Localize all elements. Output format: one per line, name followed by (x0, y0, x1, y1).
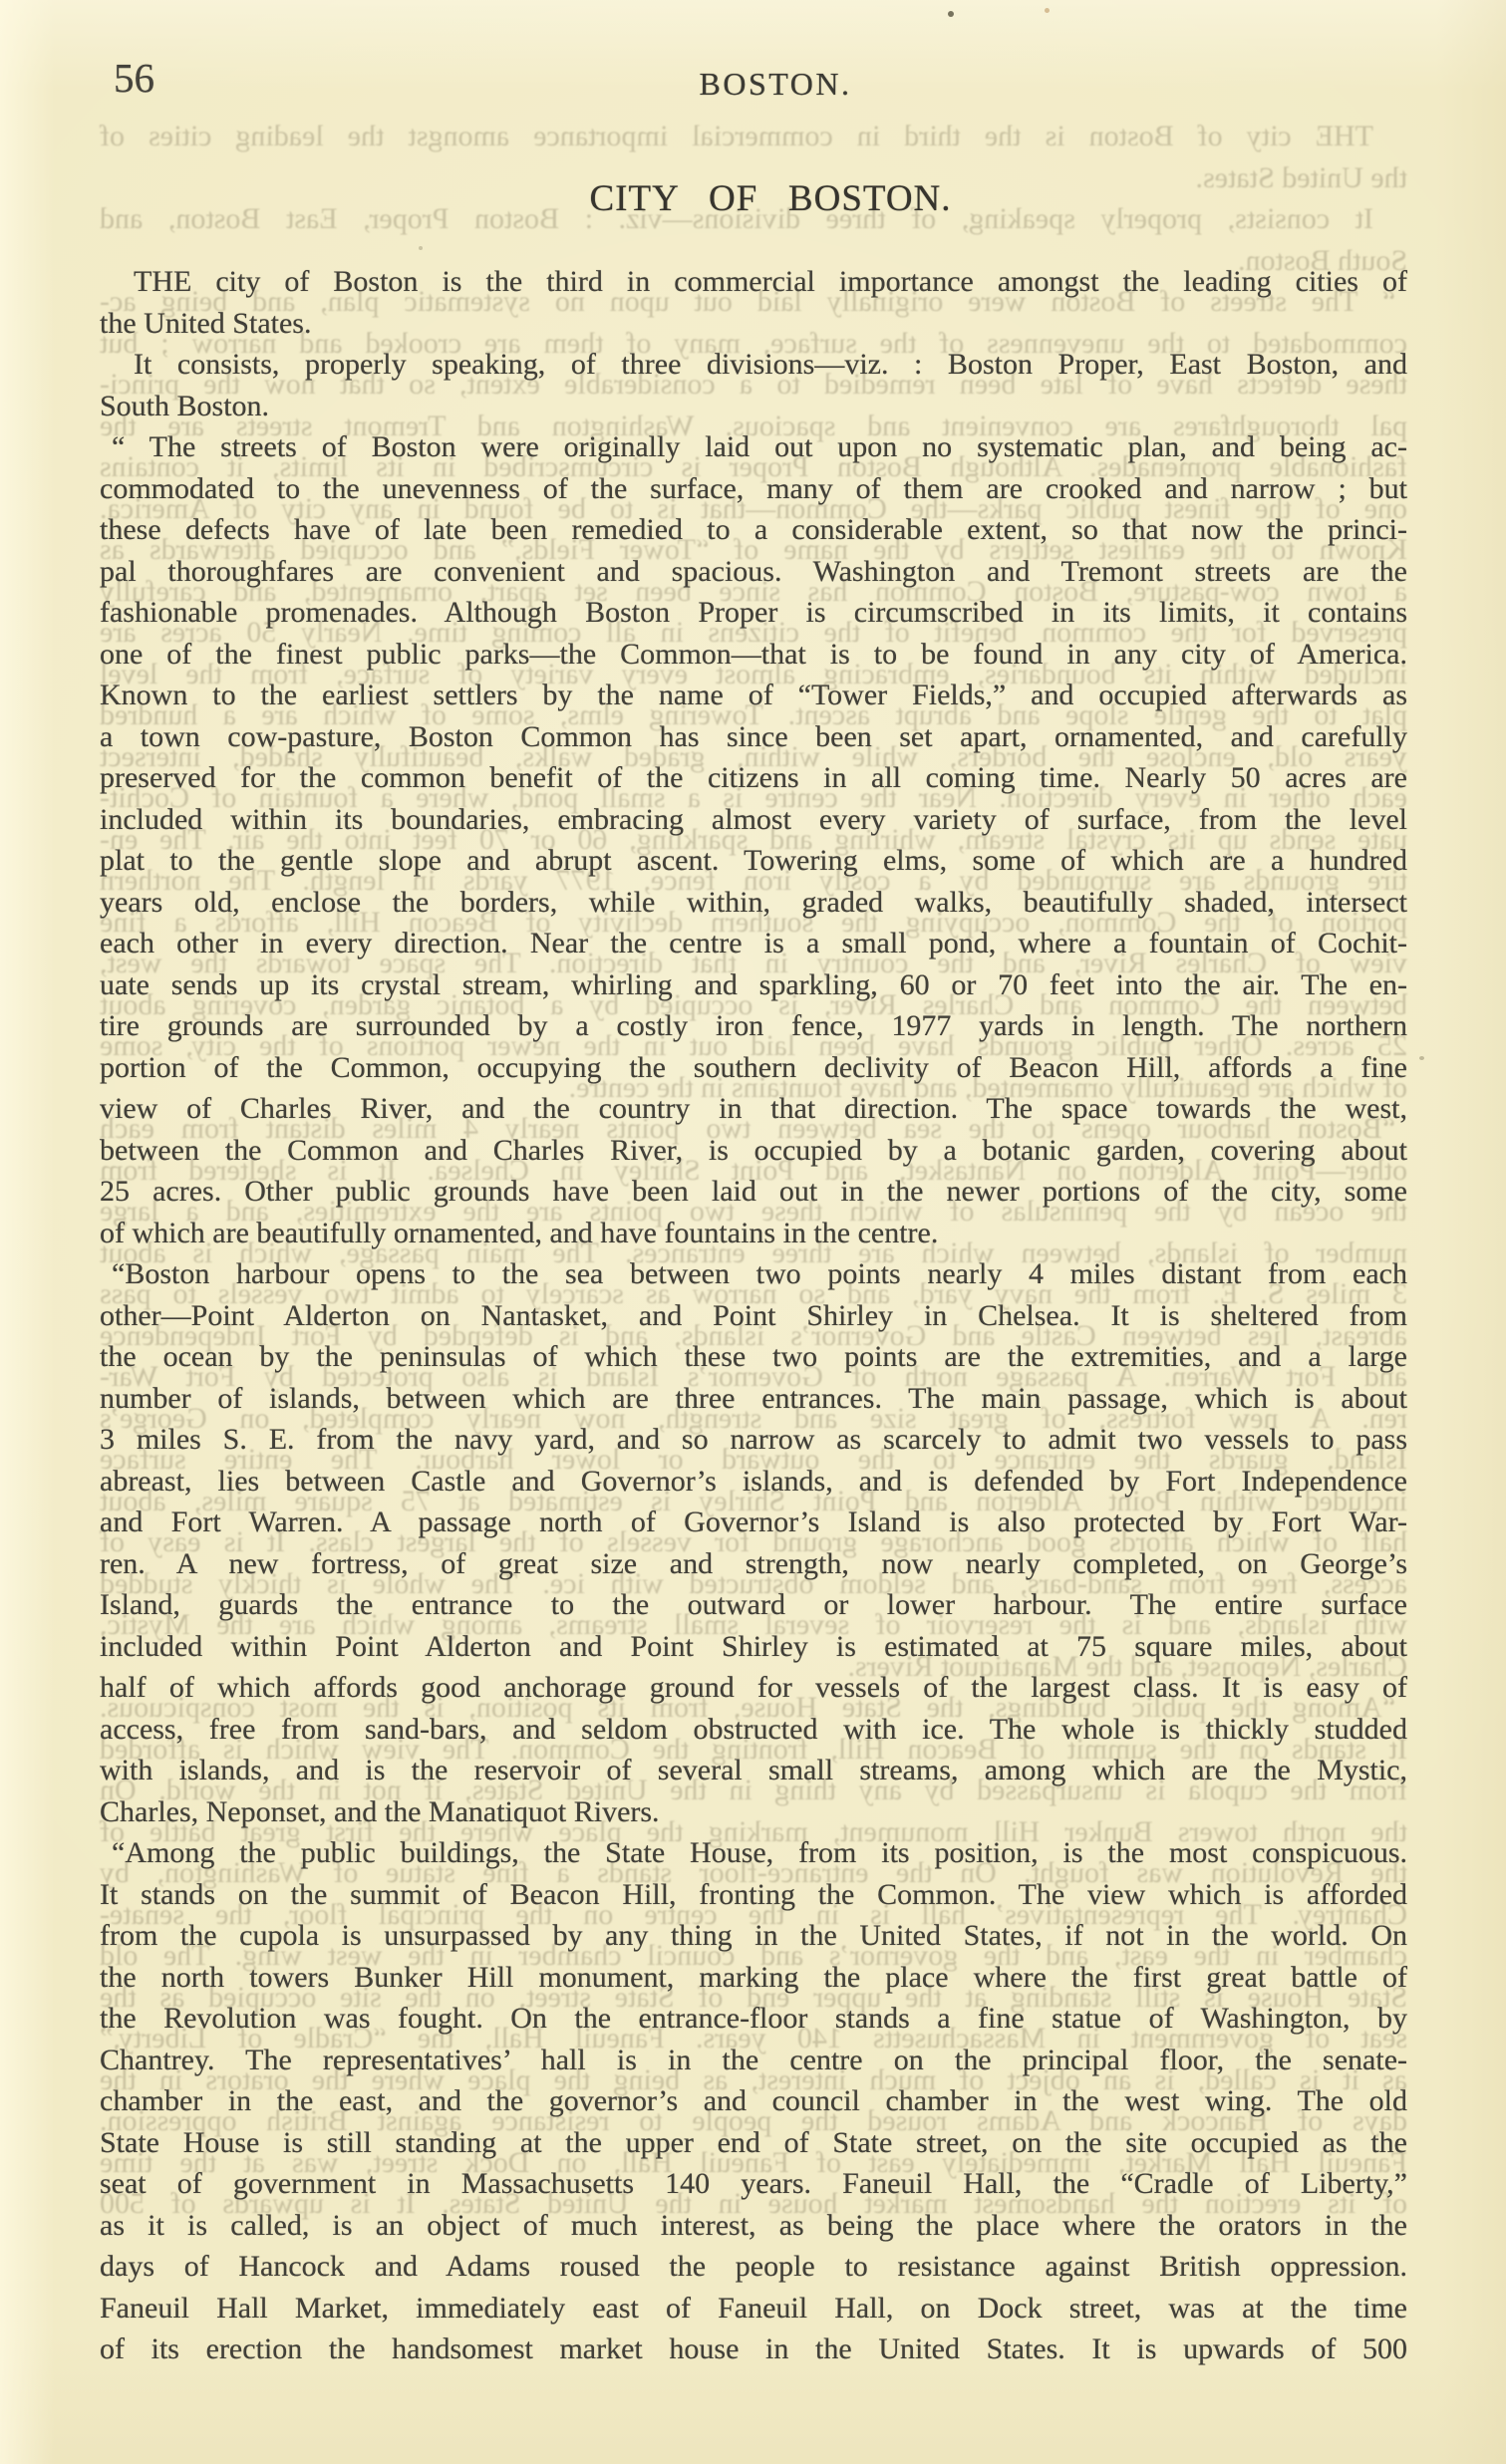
text-line: 25 acres. Other public grounds have been… (100, 1171, 1407, 1213)
body-text: THE city of Boston is the third in comme… (100, 261, 1407, 2370)
text-line: with islands, and is the reservoir of se… (100, 1750, 1407, 1791)
text-line: and Fort Warren. A passage north of Gove… (100, 1502, 1407, 1543)
text-line: the United States. (100, 303, 1407, 345)
text-line: Charles, Neponset, and the Manatiquot Ri… (100, 1791, 1407, 1833)
text-line: of its erection the handsomest market ho… (100, 2328, 1407, 2370)
text-line: 3 miles S. E. from the navy yard, and so… (100, 1419, 1407, 1461)
text-line: each other in every direction. Near the … (100, 923, 1407, 964)
text-line: “ The streets of Boston were originally … (100, 426, 1407, 468)
text-line: abreast, lies between Castle and Governo… (100, 1461, 1407, 1503)
scan-speck (948, 11, 954, 17)
text-line: Known to the earliest settlers by the na… (100, 675, 1407, 716)
text-line: Island, guards the entrance to the outwa… (100, 1584, 1407, 1626)
text-line: plat to the gentle slope and abrupt asce… (100, 840, 1407, 882)
text-line: these defects have of late been remedied… (100, 509, 1407, 551)
text-line: South Boston. (100, 386, 1407, 427)
text-line: included within its boundaries, embracin… (100, 799, 1407, 841)
text-line: from the cupola is unsurpassed by any th… (100, 1915, 1407, 1957)
text-line: It stands on the summit of Beacon Hill, … (100, 1874, 1407, 1916)
text-line: portion of the Common, occupying the sou… (100, 1047, 1407, 1089)
text-line: the Revolution was fought. On the entran… (100, 1998, 1407, 2040)
text-line: “Boston harbour opens to the sea between… (100, 1253, 1407, 1295)
book-page: THE city of Boston is the third in comme… (0, 0, 1506, 2464)
scan-speck (419, 246, 423, 250)
text-line: half of which affords good anchorage gro… (100, 1667, 1407, 1709)
text-line: number of islands, between which are thr… (100, 1378, 1407, 1420)
text-line: chamber in the east, and the governor’s … (100, 2080, 1407, 2122)
text-line: “Among the public buildings, the State H… (100, 1832, 1407, 1874)
text-line: Faneuil Hall Market, immediately east of… (100, 2288, 1407, 2329)
scan-speck (1045, 8, 1050, 13)
page-title: CITY OF BOSTON. (118, 177, 1423, 220)
text-line: a town cow-pasture, Boston Common has si… (100, 716, 1407, 758)
text-line: State House is still standing at the upp… (100, 2122, 1407, 2164)
text-line: fashionable promenades. Although Boston … (100, 592, 1407, 634)
text-line: the ocean by the peninsulas of which the… (100, 1336, 1407, 1378)
text-line: the north towers Bunker Hill monument, m… (100, 1957, 1407, 1999)
text-line: pal thoroughfares are convenient and spa… (100, 551, 1407, 593)
text-line: view of Charles River, and the country i… (100, 1088, 1407, 1130)
text-line: as it is called, is an object of much in… (100, 2205, 1407, 2247)
text-line: one of the finest public parks—the Commo… (100, 634, 1407, 676)
text-line: preserved for the common benefit of the … (100, 757, 1407, 799)
running-header: BOSTON. (123, 66, 1428, 103)
text-line: ren. A new fortress, of great size and s… (100, 1543, 1407, 1585)
bleed-through-line: THE city of Boston is the third in comme… (100, 116, 1407, 157)
text-line: seat of government in Massachusetts 140 … (100, 2163, 1407, 2205)
text-line: Chantrey. The representatives’ hall is i… (100, 2040, 1407, 2081)
text-line: between the Common and Charles River, is… (100, 1130, 1407, 1172)
text-line: uate sends up its crystal stream, whirli… (100, 964, 1407, 1006)
scan-speck (1419, 1056, 1424, 1060)
text-line: days of Hancock and Adams roused the peo… (100, 2246, 1407, 2288)
text-line: access, free from sand-bars, and seldom … (100, 1709, 1407, 1751)
text-line: It consists, properly speaking, of three… (100, 344, 1407, 386)
text-line: included within Point Alderton and Point… (100, 1626, 1407, 1668)
text-line: THE city of Boston is the third in comme… (100, 261, 1407, 303)
text-line: other—Point Alderton on Nantasket, and P… (100, 1295, 1407, 1337)
text-line: years old, enclose the borders, while wi… (100, 882, 1407, 924)
text-line: of which are beautifully ornamented, and… (100, 1213, 1407, 1254)
text-line: commodated to the unevenness of the surf… (100, 468, 1407, 510)
text-line: tire grounds are surrounded by a costly … (100, 1005, 1407, 1047)
